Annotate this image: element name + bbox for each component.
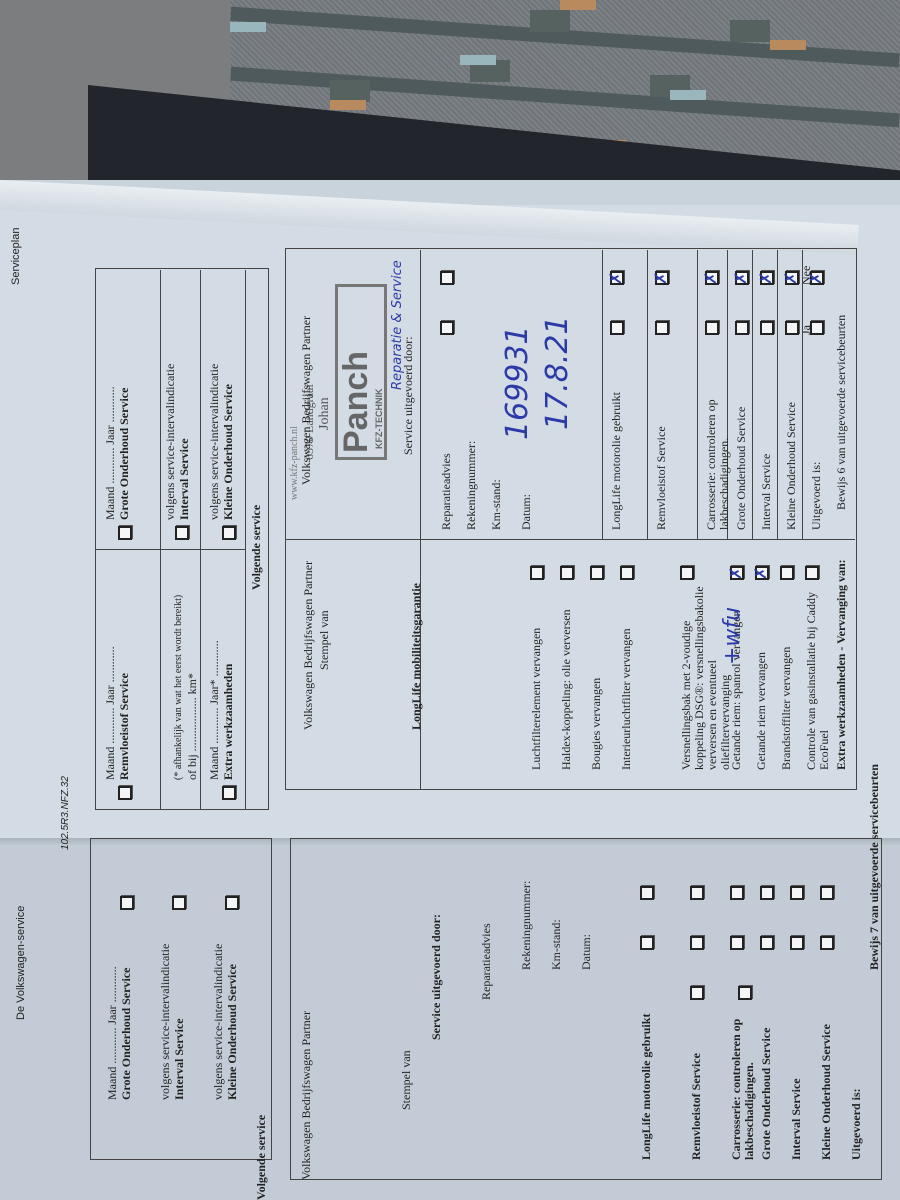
extra-row-label: Brandstoffilter vervangen — [780, 585, 793, 770]
performed-ja-checkbox[interactable] — [735, 321, 749, 335]
right-performed-ja[interactable] — [790, 936, 804, 950]
right-performed-nee[interactable] — [690, 886, 704, 900]
right-footer-title: De Volkswagen-service — [15, 906, 27, 1020]
datum-value: 17.8.21 — [540, 315, 575, 430]
next-extra-checkbox[interactable] — [222, 786, 236, 800]
stempel-label: Stempel van — [318, 610, 331, 670]
right-stempel-partner: Volkswagen Bedrijfswagen Partner — [300, 1011, 313, 1180]
performed-nee-checkbox[interactable] — [810, 271, 824, 285]
right-performed-label: Interval Service — [790, 960, 803, 1160]
right-next-grote-sub: Maand ............ Jaar ............ — [106, 966, 119, 1100]
performed-row-label: Remvloeistof Service — [655, 350, 668, 530]
right-performed-ja[interactable] — [730, 936, 744, 950]
performed-row-label: Grote Onderhoud Service — [735, 350, 748, 530]
stamp-name: Johan — [318, 397, 331, 430]
right-performed-nee[interactable] — [760, 886, 774, 900]
next-grote-title: Grote Onderhoud Service — [118, 388, 131, 520]
extra-header: Extra werkzaamheden - Vervanging van: — [835, 559, 848, 770]
document-code: 102.5R3.NFZ.32 — [60, 776, 71, 850]
right-proof-header: Bewijs 7 van uitgevoerde servicebeurten — [868, 764, 881, 970]
dealer-stamp: Panch KFZ-TECHNIK — [335, 284, 387, 460]
next-service-title: Volgende service — [250, 505, 263, 590]
stamp-handwritten: Reparatie & Service — [390, 260, 405, 390]
proof-header: Bewijs 6 van uitgevoerde servicebeurten — [835, 315, 848, 510]
extra-row-label: Luchtfilterelement vervangen — [530, 585, 543, 770]
performed-nee-checkbox[interactable] — [610, 271, 624, 285]
performed-row-label: Carrosserie: controleren op lakbeschadig… — [705, 350, 731, 530]
next-extra-note: (* afhankelijk van wat het eerst wordt b… — [172, 595, 185, 780]
next-interval-sub: volgens service-intervalindicatie — [164, 364, 177, 520]
right-performed-label: Kleine Onderhoud Service — [820, 960, 833, 1160]
right-next-interval-checkbox[interactable] — [172, 896, 186, 910]
stempel-partner: Volkswagen Bedrijfswagen Partner — [302, 561, 315, 730]
extra-ja-checkbox[interactable] — [780, 566, 794, 580]
extra-ja-checkbox[interactable] — [755, 566, 769, 580]
right-performed-nee[interactable] — [790, 886, 804, 900]
right-page-content: De Volkswagen-service Volgende service K… — [0, 840, 900, 1200]
page-footer-title: Serviceplan — [10, 228, 22, 285]
rekening-label: Rekeningnummer: — [465, 441, 478, 530]
right-performed-ja[interactable] — [760, 936, 774, 950]
performed-row-label: Kleine Onderhoud Service — [785, 350, 798, 530]
next-extra-sub: Maand ............ Jaar* ............ — [208, 640, 221, 780]
left-page-content: Serviceplan 102.5R3.NFZ.32 Volgende serv… — [0, 220, 870, 840]
performed-ja-checkbox[interactable] — [760, 321, 774, 335]
next-extra-km: of bij .................. km* — [186, 673, 199, 780]
next-kleine-title: Kleine Onderhoud Service — [222, 384, 235, 520]
right-performed-label: Uitgevoerd is: — [850, 960, 863, 1160]
extra-ja-checkbox[interactable] — [590, 566, 604, 580]
right-next-kleine-checkbox[interactable] — [225, 896, 239, 910]
performed-nee-checkbox[interactable] — [785, 271, 799, 285]
right-performed-ja[interactable] — [690, 936, 704, 950]
right-performed-ja[interactable] — [820, 936, 834, 950]
performed-row-label: Uitgevoerd is: — [810, 350, 823, 530]
right-reparatie: Reparatieadvies — [480, 923, 493, 1000]
next-extra-title: Extra werkzaamheden — [222, 664, 235, 780]
handwritten-note: +wfu — [720, 607, 745, 665]
extra-ja-checkbox[interactable] — [620, 566, 634, 580]
right-next-kleine-sub: volgens service-intervalindicatie — [212, 944, 225, 1100]
right-performed-label: Carrosserie: controleren op lakbeschadig… — [730, 960, 756, 1160]
performed-nee-checkbox[interactable] — [735, 271, 749, 285]
right-performed-nee[interactable] — [640, 886, 654, 900]
stamp-partner-left: Volkswagen Bedrijfswagen Partner — [300, 316, 313, 485]
extra-row-label: Bougies vervangen — [590, 585, 603, 770]
right-performed-nee[interactable] — [730, 886, 744, 900]
right-next-interval-sub: volgens service-intervalindicatie — [159, 944, 172, 1100]
performed-ja-checkbox[interactable] — [610, 321, 624, 335]
right-next-kleine: Kleine Onderhoud Service — [226, 964, 239, 1100]
right-service-by: Service uitgevoerd door: — [430, 914, 443, 1040]
extra-row-label: Interieurluchtfilter vervangen — [620, 585, 633, 770]
performed-nee-checkbox[interactable] — [760, 271, 774, 285]
reparatie-label: Reparatieadvies — [440, 453, 453, 530]
right-rekening: Rekeningnummer: — [520, 881, 533, 970]
km-label: Km-stand: — [490, 479, 503, 530]
longlife-title: LongLife mobiliteitsgarantie — [410, 583, 423, 730]
next-remvloeistof-checkbox[interactable] — [118, 786, 132, 800]
right-performed-nee[interactable] — [820, 886, 834, 900]
next-remvloeistof-title: Remvloeistof Service — [118, 673, 131, 780]
performed-ja-checkbox[interactable] — [810, 321, 824, 335]
performed-nee-checkbox[interactable] — [655, 271, 669, 285]
performed-row-label: LongLife motorolie gebruikt — [610, 350, 623, 530]
next-grote-sub: Maand ............ Jaar ............ — [104, 386, 117, 520]
extra-ja-checkbox[interactable] — [680, 566, 694, 580]
extra-ja-checkbox[interactable] — [530, 566, 544, 580]
right-next-grote-checkbox[interactable] — [120, 896, 134, 910]
km-value: 169931 — [500, 325, 535, 440]
right-performed-label: LongLife motorolie gebruikt — [640, 960, 653, 1160]
right-performed-label: Remvloeistof Service — [690, 960, 703, 1160]
right-next-grote: Grote Onderhoud Service — [120, 968, 133, 1100]
performed-nee-checkbox[interactable] — [705, 271, 719, 285]
right-km: Km-stand: — [550, 919, 563, 970]
performed-ja-checkbox[interactable] — [785, 321, 799, 335]
reparatie-ja-checkbox[interactable] — [440, 321, 454, 335]
extra-row-label: Controle van gasinstallatie bij Caddy Ec… — [805, 585, 831, 770]
right-performed-label: Grote Onderhoud Service — [760, 960, 773, 1160]
reparatie-nee-checkbox[interactable] — [440, 271, 454, 285]
next-interval-title: Interval Service — [178, 438, 191, 520]
extra-row-label: Haldex-koppeling: olie verversen — [560, 585, 573, 770]
performed-ja-checkbox[interactable] — [655, 321, 669, 335]
extra-ja-checkbox[interactable] — [805, 566, 819, 580]
performed-ja-checkbox[interactable] — [705, 321, 719, 335]
extra-row-label: Getande riem vervangen — [755, 585, 768, 770]
next-kleine-checkbox[interactable] — [222, 526, 236, 540]
right-next-interval: Interval Service — [173, 1018, 186, 1100]
performed-row-label: Interval Service — [760, 350, 773, 530]
datum-label: Datum: — [520, 494, 533, 530]
extra-ja-checkbox[interactable] — [560, 566, 574, 580]
next-remvloeistof-sub: Maand ............ Jaar ............ — [104, 646, 117, 780]
right-next-title: Volgende service — [255, 1115, 268, 1200]
right-datum: Datum: — [580, 934, 593, 970]
right-performed-ja[interactable] — [640, 936, 654, 950]
next-grote-checkbox[interactable] — [118, 526, 132, 540]
next-kleine-sub: volgens service-intervalindicatie — [208, 364, 221, 520]
next-interval-checkbox[interactable] — [175, 526, 189, 540]
extra-ja-checkbox[interactable] — [730, 566, 744, 580]
right-stempel-label: Stempel van — [400, 1050, 413, 1110]
